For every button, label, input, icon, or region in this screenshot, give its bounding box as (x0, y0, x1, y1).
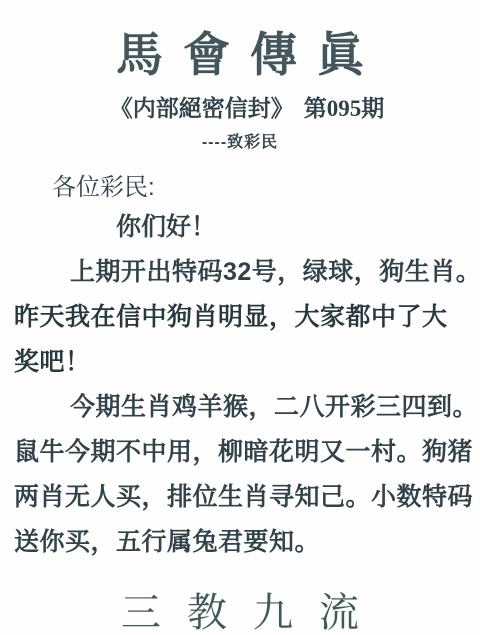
body-line: 昨天我在信中狗肖明显，大家都中了大 (14, 295, 466, 340)
fax-document-page: 馬會傳眞 《内部絕密信封》第095期 ----致彩民 各位彩民: 你们好！ 上期… (0, 0, 480, 635)
issue-number: 第095期 (304, 96, 385, 121)
document-subtitle: 《内部絕密信封》第095期 (0, 90, 480, 123)
envelope-label: 《内部絕密信封》 (110, 96, 294, 121)
hello-line: 你们好！ (0, 207, 480, 243)
body-line: 送你买，五行属兔君要知。 (14, 520, 466, 565)
body-line: 上期开出特码32号，绿球，狗生肖。 (14, 250, 466, 295)
document-title: 馬會傳眞 (0, 28, 480, 84)
footer-title: 三教九流 (0, 581, 480, 635)
greeting-line: 各位彩民: (0, 167, 480, 202)
dedication-line: ----致彩民 (0, 129, 480, 152)
body-line: 两肖无人买，排位生肖寻知己。小数特码 (14, 475, 466, 520)
body-line: 鼠牛今期不中用，柳暗花明又一村。狗猪 (14, 430, 466, 475)
body-line: 今期生肖鸡羊猴，二八开彩三四到。 (14, 385, 466, 430)
body-line: 奖吧！ (14, 340, 466, 385)
letter-body: 上期开出特码32号，绿球，狗生肖。 昨天我在信中狗肖明显，大家都中了大 奖吧！ … (0, 250, 480, 565)
